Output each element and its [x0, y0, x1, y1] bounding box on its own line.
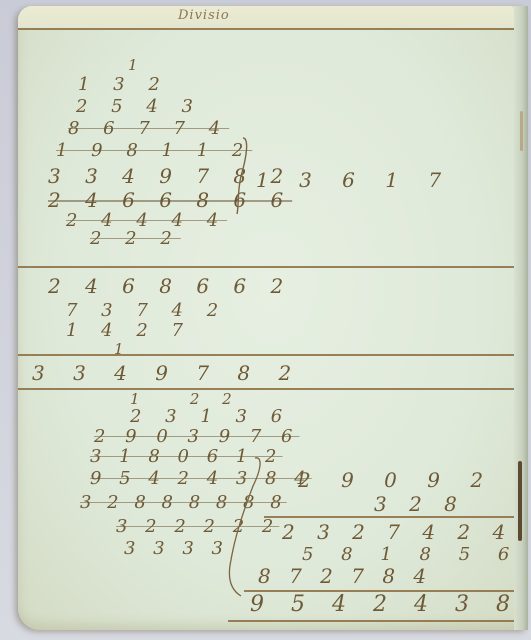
section-rule: [18, 388, 514, 390]
check-row: 2 4 6 8 6 6 2: [48, 274, 292, 298]
scratch-row: 2 3 1 3 6: [130, 406, 291, 427]
proof-bracket: [223, 456, 263, 606]
work-row: 1: [128, 56, 147, 74]
check-result: 3 3 4 9 7 8 2: [32, 361, 302, 385]
partial-product: 5 8 1 8 5 6: [302, 544, 520, 565]
work-row: 2 2 2: [90, 228, 181, 249]
bottom-rule: [228, 620, 514, 622]
scratch-row: 9 5 4 2 4 3 8 4: [90, 468, 312, 489]
final-product: 9 5 4 2 4 3 8 4: [250, 592, 531, 617]
scratch-row: 2 9 0 3 9 7 6: [94, 426, 300, 447]
partial-product: 2 3 2 7 4 2 4: [282, 520, 513, 544]
section-rule: [18, 266, 514, 268]
multiplier: 3 2 8: [374, 492, 465, 516]
work-row: 8 6 7 7 4: [68, 118, 229, 139]
binding-thread: [520, 111, 523, 151]
product-rule: [264, 516, 514, 518]
section-rule: [18, 354, 514, 356]
work-row: 1 3 2: [78, 74, 169, 95]
division-bracket: [233, 136, 253, 216]
page-title: Divisio: [178, 8, 230, 23]
quotient: 1 3 6 1 7: [256, 168, 453, 192]
work-row: 1 9 8 1 1 2: [56, 140, 252, 161]
partial-product: 8 7 2 7 8 4: [258, 564, 432, 588]
check-row: 7 3 7 4 2: [66, 300, 227, 321]
work-row: 2 5 4 3: [76, 96, 202, 117]
binding-thread: [518, 461, 522, 541]
manuscript-page: Divisio 1 1 3 2 2 5 4 3 8 6 7 7 4 1 9 8 …: [18, 6, 528, 630]
header-rule: [18, 28, 514, 30]
check-row: 1 4 2 7: [66, 320, 192, 341]
multiplicand: 2 9 0 9 2 8: [298, 468, 531, 492]
scratch-row: 3 3 3 3: [124, 538, 229, 559]
page-header-band: [18, 6, 514, 28]
